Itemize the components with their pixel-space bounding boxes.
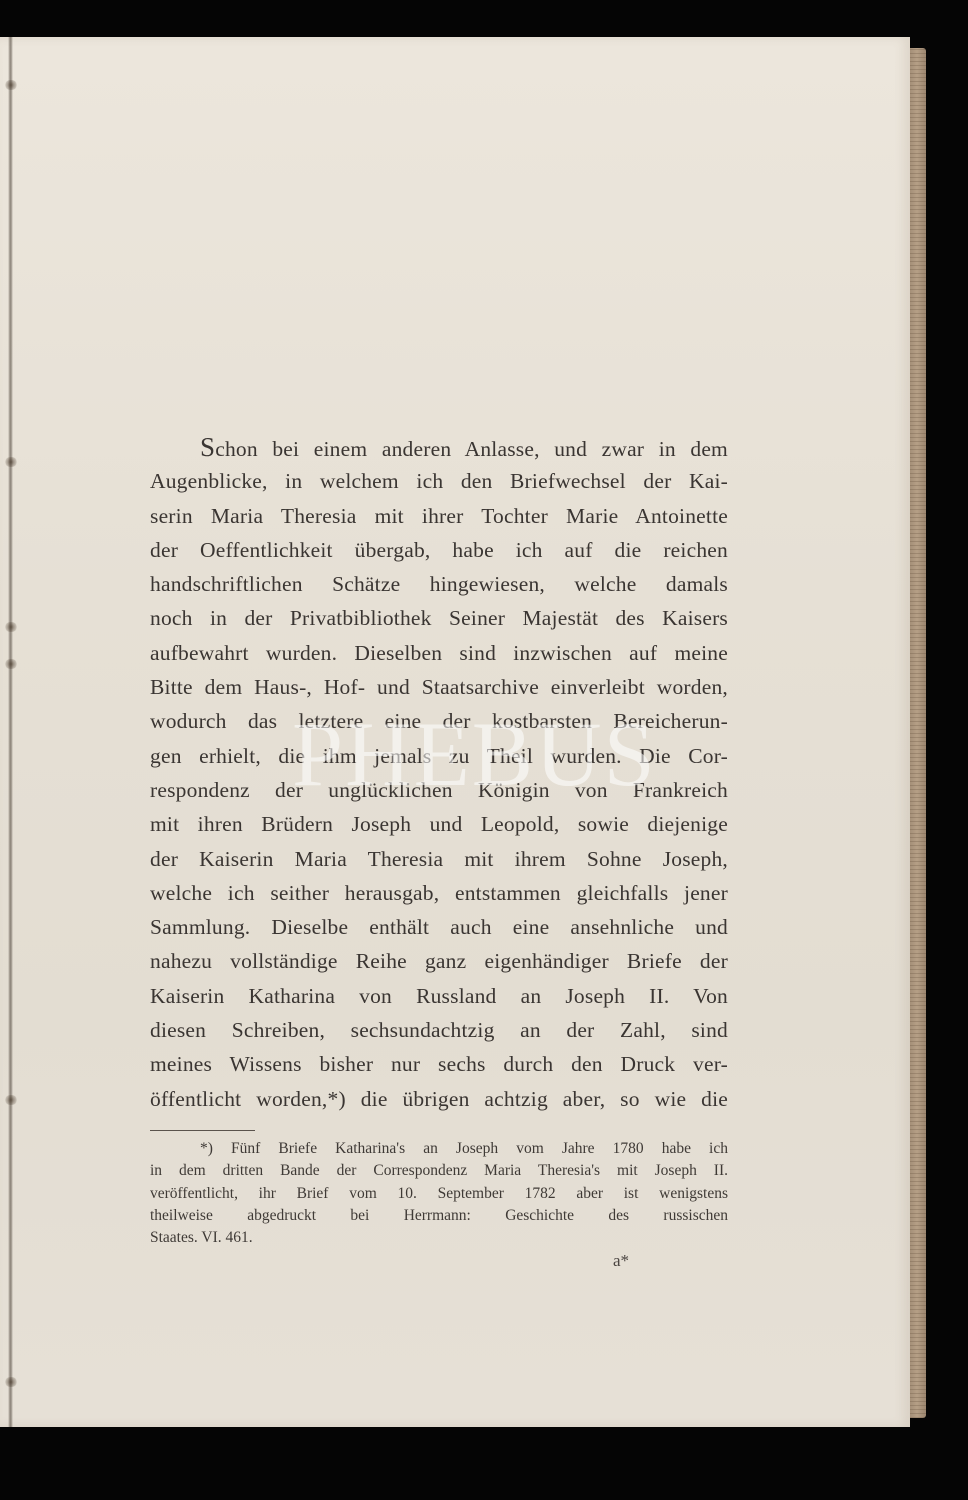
footnote: *) Fünf Briefe Katharina's an Joseph vom… (150, 1138, 728, 1249)
footnote-line: theilweise abgedruckt bei Herrmann: Gesc… (150, 1205, 728, 1227)
drop-cap: S (200, 432, 215, 462)
text-line: handschriftlichen Schätze hingewiesen, w… (150, 567, 728, 601)
text-line: respondenz der unglücklichen Königin von… (150, 773, 728, 807)
binding-stitch (4, 659, 18, 669)
text-line: nahezu vollständige Reihe ganz eigenhänd… (150, 944, 728, 978)
binding-stitch (4, 457, 18, 467)
text-line: serin Maria Theresia mit ihrer Tochter M… (150, 499, 728, 533)
footnote-line: *) Fünf Briefe Katharina's an Joseph vom… (150, 1138, 728, 1160)
footnote-line: Staates. VI. 461. (150, 1227, 728, 1249)
text-line: Schon bei einem anderen Anlasse, und zwa… (150, 430, 728, 464)
text-line: Augenblicke, in welchem ich den Briefwec… (150, 464, 728, 498)
footnote-line: in dem dritten Bande der Correspondenz M… (150, 1160, 728, 1182)
footnote-divider (150, 1130, 255, 1131)
text-line: gen erhielt, die ihm jemals zu Theil wur… (150, 739, 728, 773)
signature-mark: a* (613, 1251, 629, 1271)
text-line: mit ihren Brüdern Joseph und Leopold, so… (150, 807, 728, 841)
footnote-line: veröffentlicht, ihr Brief vom 10. Septem… (150, 1183, 728, 1205)
book-cover-edge (908, 48, 926, 1418)
text-line: welche ich seither herausgab, entstammen… (150, 876, 728, 910)
binding-stitch (4, 1095, 18, 1105)
text-line: öffentlicht worden,*) die übrigen achtzi… (150, 1082, 728, 1116)
text-line: Sammlung. Dieselbe enthält auch eine ans… (150, 910, 728, 944)
text-line: Kaiserin Katharina von Russland an Josep… (150, 979, 728, 1013)
binding-stitch (4, 80, 18, 90)
binding-stitch (4, 1377, 18, 1387)
text-line: Bitte dem Haus-, Hof- und Staatsarchive … (150, 670, 728, 704)
text-line: der Oeffentlichkeit übergab, habe ich au… (150, 533, 728, 567)
text-line: der Kaiserin Maria Theresia mit ihrem So… (150, 842, 728, 876)
page-binding-thread (8, 37, 14, 1427)
text-line: aufbewahrt wurden. Dieselben sind inzwis… (150, 636, 728, 670)
binding-stitch (4, 622, 18, 632)
main-paragraph: Schon bei einem anderen Anlasse, und zwa… (150, 430, 728, 1116)
text-line: wodurch das letztere eine der kostbarste… (150, 704, 728, 738)
text-line: diesen Schreiben, sechsundachtzig an der… (150, 1013, 728, 1047)
text-line: noch in der Privatbibliothek Seiner Maje… (150, 601, 728, 635)
text-line: meines Wissens bisher nur sechs durch de… (150, 1047, 728, 1081)
